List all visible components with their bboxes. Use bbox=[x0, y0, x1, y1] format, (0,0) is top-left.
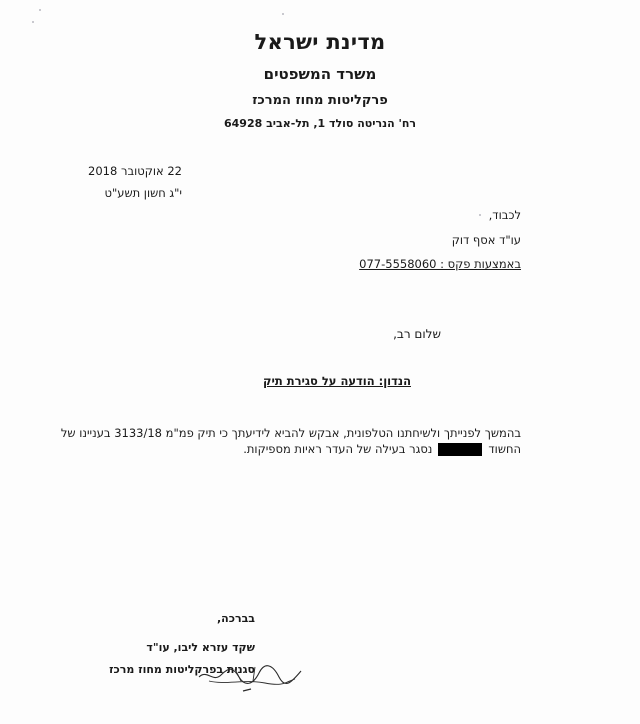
body-line-2-end: נסגר בעילה של העדר ראיות מספיקות. bbox=[243, 442, 432, 456]
letterhead-office: פרקליטות מחוז המרכז bbox=[0, 93, 640, 108]
scan-speck bbox=[32, 21, 34, 23]
redaction-block bbox=[438, 443, 482, 456]
recipient-salutation: לכבוד, bbox=[489, 208, 521, 222]
body-line-2-start: החשוד bbox=[488, 442, 521, 456]
letterhead-ministry: משרד המשפטים bbox=[0, 65, 640, 83]
greeting: שלום רב, bbox=[393, 327, 441, 341]
body-line-1: בהמשך לפנייתך ולשיחתנו הטלפונית, אבקש לה… bbox=[61, 426, 521, 440]
body-line-2: החשודנסגר בעילה של העדר ראיות מספיקות. bbox=[243, 442, 521, 456]
closing: בברכה, bbox=[217, 612, 255, 625]
gregorian-date: 22 אוקטובר 2018 bbox=[88, 164, 182, 178]
signer-name: שקד עזרא ליבו, עו"ד bbox=[146, 641, 255, 654]
scan-speck bbox=[39, 9, 41, 11]
handwritten-signature-icon bbox=[195, 655, 305, 695]
hebrew-date: י"ג חשון תשע"ט bbox=[105, 186, 183, 200]
letterhead-country: מדינת ישראל bbox=[0, 30, 640, 54]
scan-speck bbox=[479, 214, 481, 216]
letterhead-address: רח' הנריטה סולד 1, תל-אביב 64928 bbox=[0, 117, 640, 130]
subject-line: הנדון: הודעה על סגירת תיק bbox=[263, 374, 411, 388]
recipient-name: עו"ד אסף דוק bbox=[452, 233, 521, 247]
scan-speck bbox=[282, 13, 284, 15]
recipient-fax: באמצעות פקס : 077-5558060 bbox=[359, 257, 521, 271]
document-page: מדינת ישראל משרד המשפטים פרקליטות מחוז ה… bbox=[0, 0, 640, 724]
